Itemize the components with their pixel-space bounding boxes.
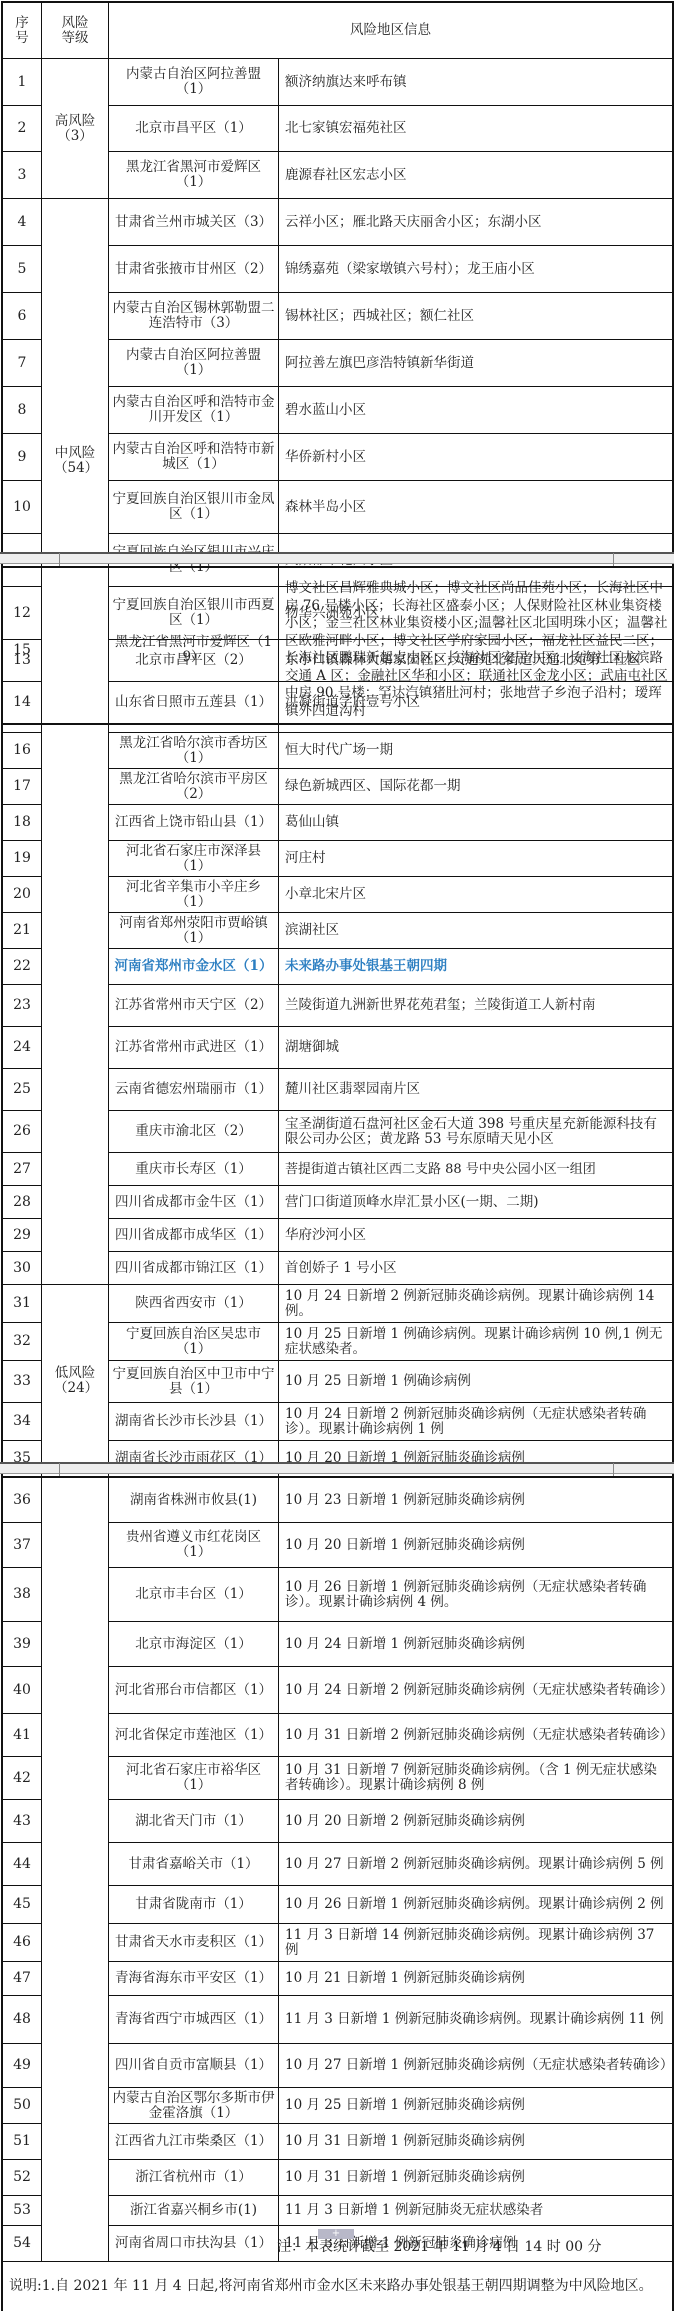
row-area: 黑龙江省哈尔滨市香坊区（1） (109, 733, 279, 769)
row-info: 绿色新城西区、国际花都一期 (279, 769, 673, 805)
row-no: 1 (3, 59, 42, 106)
row-info: 10 月 24 日新增 2 例新冠肺炎确诊病例（无症状感染者转确诊） (279, 1667, 673, 1714)
row-area-highlighted: 河南省郑州市金水区（1） (109, 949, 279, 985)
table-row: 36 湖南省株洲市攸县(1) 10 月 23 日新增 1 例新冠肺炎确诊病例 (3, 1478, 673, 1523)
row-area: 甘肃省张掖市甘州区（2） (109, 246, 279, 293)
row-info: 10 月 25 日新增 1 例确诊病例。现累计确诊病例 10 例,1 例无症状感… (279, 1323, 673, 1361)
row-info: 10 月 31 日新增 2 例新冠肺炎确诊病例（无症状感染者转确诊） (279, 1714, 673, 1757)
row-info: 北七家镇宏福苑社区 (279, 106, 673, 152)
row-no: 28 (3, 1186, 42, 1219)
row-no: 17 (3, 769, 42, 805)
explanation-row: 说明:1.自 2021 年 11 月 4 日起,将河南省郑州市金水区未来路办事处… (3, 2262, 673, 2311)
row-area: 内蒙古自治区阿拉善盟（1） (109, 340, 279, 387)
row-no: 44 (3, 1843, 42, 1886)
row-area: 江苏省常州市武进区（1） (109, 1027, 279, 1069)
row-area: 黑龙江省哈尔滨市平房区（2） (109, 769, 279, 805)
row-area: 河北省辛集市小辛庄乡（1） (109, 877, 279, 913)
table-section-3: 36 湖南省株洲市攸县(1) 10 月 23 日新增 1 例新冠肺炎确诊病例 3… (1, 1476, 674, 2311)
row-no: 54 (3, 2226, 42, 2262)
row-area: 北京市丰台区（1） (109, 1568, 279, 1622)
row-info: 11 月 3 日新增 14 例新冠肺炎确诊病例。现累计确诊病例 37 例 (279, 1924, 673, 1962)
row-no: 46 (3, 1924, 42, 1962)
row-info: 10 月 24 日新增 2 例新冠肺炎确诊病例。现累计确诊病例 14 例。 (279, 1285, 673, 1323)
table-row: 15 黑龙江省黑河市爱辉区（19） 博文社区昌辉雅典城小区；博文社区尚品佳苑小区… (3, 568, 673, 733)
row-info: 10 月 24 日新增 1 例新冠肺炎确诊病例 (279, 1622, 673, 1667)
table-section-2: 15 黑龙江省黑河市爱辉区（19） 博文社区昌辉雅典城小区；博文社区尚品佳苑小区… (1, 566, 674, 1478)
row-no: 23 (3, 985, 42, 1027)
row-no: 4 (3, 199, 42, 246)
row-info: 10 月 27 日新增 2 例新冠肺炎确诊病例。现累计确诊病例 5 例 (279, 1843, 673, 1886)
table-row: 4 中风险（54） 甘肃省兰州市城关区（3） 云祥小区；雁北路天庆丽舍小区；东湖… (3, 199, 673, 246)
row-no: 32 (3, 1323, 42, 1361)
row-area: 甘肃省嘉峪关市（1） (109, 1843, 279, 1886)
row-no: 22 (3, 949, 42, 985)
row-area: 河南省郑州荥阳市贾峪镇（1） (109, 913, 279, 949)
row-no: 7 (3, 340, 42, 387)
row-area: 浙江省嘉兴桐乡市(1) (109, 2196, 279, 2226)
row-area: 重庆市渝北区（2） (109, 1111, 279, 1153)
row-info: 10 月 31 日新增 1 例新冠肺炎确诊病例 (279, 2124, 673, 2160)
header-no: 序号 (3, 3, 42, 59)
row-no: 5 (3, 246, 42, 293)
row-area: 贵州省遵义市红花岗区（1） (109, 1523, 279, 1568)
row-info: 11 月 3 日新增 1 例新冠肺炎无症状感染者 (279, 2196, 673, 2226)
row-area: 河北省保定市莲池区（1） (109, 1714, 279, 1757)
row-info: 阿拉善左旗巴彦浩特镇新华街道 (279, 340, 673, 387)
row-no: 30 (3, 1252, 42, 1285)
row-no: 36 (3, 1478, 42, 1523)
row-info: 营门口街道顶峰水岸汇景小区(一期、二期) (279, 1186, 673, 1219)
row-info: 10 月 23 日新增 1 例新冠肺炎确诊病例 (279, 1478, 673, 1523)
row-no: 31 (3, 1285, 42, 1323)
row-info: 额济纳旗达来呼布镇 (279, 59, 673, 106)
row-no: 34 (3, 1403, 42, 1441)
row-info: 葛仙山镇 (279, 805, 673, 841)
row-no: 38 (3, 1568, 42, 1622)
row-no: 20 (3, 877, 42, 913)
risk-table-part-3: 36 湖南省株洲市攸县(1) 10 月 23 日新增 1 例新冠肺炎确诊病例 3… (2, 1477, 673, 2311)
footnote: 注：本表统计截至 2021 年 11 月 4 日 14 时 00 分 (277, 2236, 601, 2256)
row-area: 云南省德宏州瑞丽市（1） (109, 1069, 279, 1111)
row-no: 16 (3, 733, 42, 769)
row-info: 10 月 21 日新增 1 例新冠肺炎确诊病例 (279, 1962, 673, 1996)
row-no: 29 (3, 1219, 42, 1252)
page-break-separator (0, 1462, 674, 1474)
level-high: 高风险（3） (42, 59, 109, 199)
table-header-row: 序号 风险等级 风险地区信息 (3, 3, 673, 59)
row-info: 博文社区昌辉雅典城小区；博文社区尚品佳苑小区；长海社区中房 76 号楼小区；长海… (279, 568, 673, 733)
row-no: 21 (3, 913, 42, 949)
row-area: 四川省成都市成华区（1） (109, 1219, 279, 1252)
row-info: 兰陵街道九洲新世界花苑君玺；兰陵街道工人新村南 (279, 985, 673, 1027)
row-area: 江西省九江市柴桑区（1） (109, 2124, 279, 2160)
row-info: 10 月 31 日新增 7 例新冠肺炎确诊病例。（含 1 例无症状感染者转确诊）… (279, 1757, 673, 1800)
row-area: 江苏省常州市天宁区（2） (109, 985, 279, 1027)
row-no: 6 (3, 293, 42, 340)
row-area: 河北省邢台市信都区（1） (109, 1667, 279, 1714)
row-info: 锡林社区；西城社区；额仁社区 (279, 293, 673, 340)
row-area: 内蒙古自治区呼和浩特市新城区（1） (109, 434, 279, 481)
row-area: 甘肃省陇南市（1） (109, 1886, 279, 1924)
row-area: 内蒙古自治区锡林郭勒盟二连浩特市（3） (109, 293, 279, 340)
row-no: 2 (3, 106, 42, 152)
row-no: 45 (3, 1886, 42, 1924)
row-no: 49 (3, 2044, 42, 2088)
row-no: 39 (3, 1622, 42, 1667)
level-medium-continued (42, 568, 109, 1285)
row-info: 菩提街道古镇社区西二支路 88 号中央公园小区一组团 (279, 1153, 673, 1186)
page-corner-mark (59, 553, 60, 567)
row-area: 浙江省杭州市（1） (109, 2160, 279, 2196)
row-info: 10 月 20 日新增 1 例新冠肺炎确诊病例 (279, 1523, 673, 1568)
row-info: 10 月 20 日新增 2 例新冠肺炎确诊病例 (279, 1800, 673, 1843)
row-info: 10 月 26 日新增 1 例新冠肺炎确诊病例（无症状感染者转确诊）。现累计确诊… (279, 1568, 673, 1622)
row-no: 15 (3, 568, 42, 733)
row-info: 鹿源春社区宏志小区 (279, 152, 673, 199)
row-info: 湖塘御城 (279, 1027, 673, 1069)
row-no: 8 (3, 387, 42, 434)
row-area: 青海省海东市平安区（1） (109, 1962, 279, 1996)
row-info: 11 月 3 日新增 1 例新冠肺炎确诊病例。现累计确诊病例 11 例 (279, 1996, 673, 2044)
row-area: 宁夏回族自治区中卫市中宁县（1） (109, 1361, 279, 1403)
row-area: 内蒙古自治区鄂尔多斯市伊金霍洛旗（1） (109, 2088, 279, 2124)
row-info: 碧水蓝山小区 (279, 387, 673, 434)
row-area: 宁夏回族自治区吴忠市（1） (109, 1323, 279, 1361)
row-no: 53 (3, 2196, 42, 2226)
row-no: 48 (3, 1996, 42, 2044)
row-area: 内蒙古自治区呼和浩特市金川开发区（1） (109, 387, 279, 434)
row-info: 滨湖社区 (279, 913, 673, 949)
row-area: 黑龙江省黑河市爱辉区（19） (109, 568, 279, 733)
row-no: 10 (3, 481, 42, 534)
row-no: 42 (3, 1757, 42, 1800)
row-area: 湖北省天门市（1） (109, 1800, 279, 1843)
row-info: 10 月 25 日新增 1 例新冠肺炎确诊病例 (279, 2088, 673, 2124)
row-info-highlighted: 未来路办事处银基王朝四期 (279, 949, 673, 985)
row-no: 43 (3, 1800, 42, 1843)
header-info: 风险地区信息 (109, 3, 673, 59)
row-area: 河北省石家庄市裕华区（1） (109, 1757, 279, 1800)
row-area: 湖南省长沙市长沙县（1） (109, 1403, 279, 1441)
row-info: 10 月 26 日新增 1 例新冠肺炎确诊病例。现累计确诊病例 2 例 (279, 1886, 673, 1924)
row-area: 四川省成都市金牛区（1） (109, 1186, 279, 1219)
row-info: 锦绣嘉苑（梁家墩镇六号村）；龙王庙小区 (279, 246, 673, 293)
row-no: 25 (3, 1069, 42, 1111)
row-no: 19 (3, 841, 42, 877)
row-area: 青海省西宁市城西区（1） (109, 1996, 279, 2044)
risk-table-part-2: 15 黑龙江省黑河市爱辉区（19） 博文社区昌辉雅典城小区；博文社区尚品佳苑小区… (2, 567, 673, 1477)
row-area: 重庆市长寿区（1） (109, 1153, 279, 1186)
row-info: 云祥小区；雁北路天庆丽舍小区；东湖小区 (279, 199, 673, 246)
row-area: 北京市昌平区（1） (109, 106, 279, 152)
row-area: 北京市海淀区（1） (109, 1622, 279, 1667)
row-no: 26 (3, 1111, 42, 1153)
row-area: 四川省自贡市富顺县（1） (109, 2044, 279, 2088)
row-info: 麓川社区翡翠园南片区 (279, 1069, 673, 1111)
row-no: 50 (3, 2088, 42, 2124)
row-info: 宝圣湖街道石盘河社区金石大道 398 号重庆星充新能源科技有限公司办公区；黄龙路… (279, 1111, 673, 1153)
header-level: 风险等级 (42, 3, 109, 59)
row-area: 河北省石家庄市深泽县（1） (109, 841, 279, 877)
row-area: 江西省上饶市铅山县（1） (109, 805, 279, 841)
row-info: 恒大时代广场一期 (279, 733, 673, 769)
row-no: 33 (3, 1361, 42, 1403)
row-info: 森林半岛小区 (279, 481, 673, 534)
row-info: 10 月 25 日新增 1 例确诊病例 (279, 1361, 673, 1403)
row-info: 10 月 31 日新增 1 例新冠肺炎确诊病例 (279, 2160, 673, 2196)
row-info: 华府沙河小区 (279, 1219, 673, 1252)
page-corner-mark (613, 1463, 614, 1477)
row-area: 湖南省株洲市攸县(1) (109, 1478, 279, 1523)
row-no: 47 (3, 1962, 42, 1996)
page-corner-mark (613, 553, 614, 567)
row-no: 3 (3, 152, 42, 199)
row-no: 52 (3, 2160, 42, 2196)
row-info: 10 月 27 日新增 1 例新冠肺炎确诊病例（无症状感染者转确诊） (279, 2044, 673, 2088)
row-info: 小章北宋片区 (279, 877, 673, 913)
row-no: 51 (3, 2124, 42, 2160)
row-area: 陕西省西安市（1） (109, 1285, 279, 1323)
row-info: 10 月 24 日新增 2 例新冠肺炎确诊病例（无症状感染者转确诊）。现累计确诊… (279, 1403, 673, 1441)
row-info: 河庄村 (279, 841, 673, 877)
level-low-continued (42, 1478, 109, 2262)
row-no: 41 (3, 1714, 42, 1757)
row-area: 四川省成都市锦江区（1） (109, 1252, 279, 1285)
row-area: 内蒙古自治区阿拉善盟（1） (109, 59, 279, 106)
explanation-text: 说明:1.自 2021 年 11 月 4 日起,将河南省郑州市金水区未来路办事处… (3, 2262, 673, 2311)
row-area: 宁夏回族自治区银川市金凤区（1） (109, 481, 279, 534)
row-no: 27 (3, 1153, 42, 1186)
row-no: 37 (3, 1523, 42, 1568)
row-info: 首创娇子 1 号小区 (279, 1252, 673, 1285)
row-area: 黑龙江省黑河市爱辉区（1） (109, 152, 279, 199)
row-no: 9 (3, 434, 42, 481)
row-info: 华侨新村小区 (279, 434, 673, 481)
row-area: 河南省周口市扶沟县（1） (109, 2226, 279, 2262)
table-row: 31 低风险（24） 陕西省西安市（1） 10 月 24 日新增 2 例新冠肺炎… (3, 1285, 673, 1323)
row-area: 甘肃省兰州市城关区（3） (109, 199, 279, 246)
table-row: 1 高风险（3） 内蒙古自治区阿拉善盟（1） 额济纳旗达来呼布镇 (3, 59, 673, 106)
level-low: 低风险（24） (42, 1285, 109, 1477)
page-break-separator (0, 552, 674, 564)
page-corner-mark (59, 1463, 60, 1477)
row-no: 40 (3, 1667, 42, 1714)
row-area: 甘肃省天水市麦积区（1） (109, 1924, 279, 1962)
row-no: 24 (3, 1027, 42, 1069)
row-no: 18 (3, 805, 42, 841)
